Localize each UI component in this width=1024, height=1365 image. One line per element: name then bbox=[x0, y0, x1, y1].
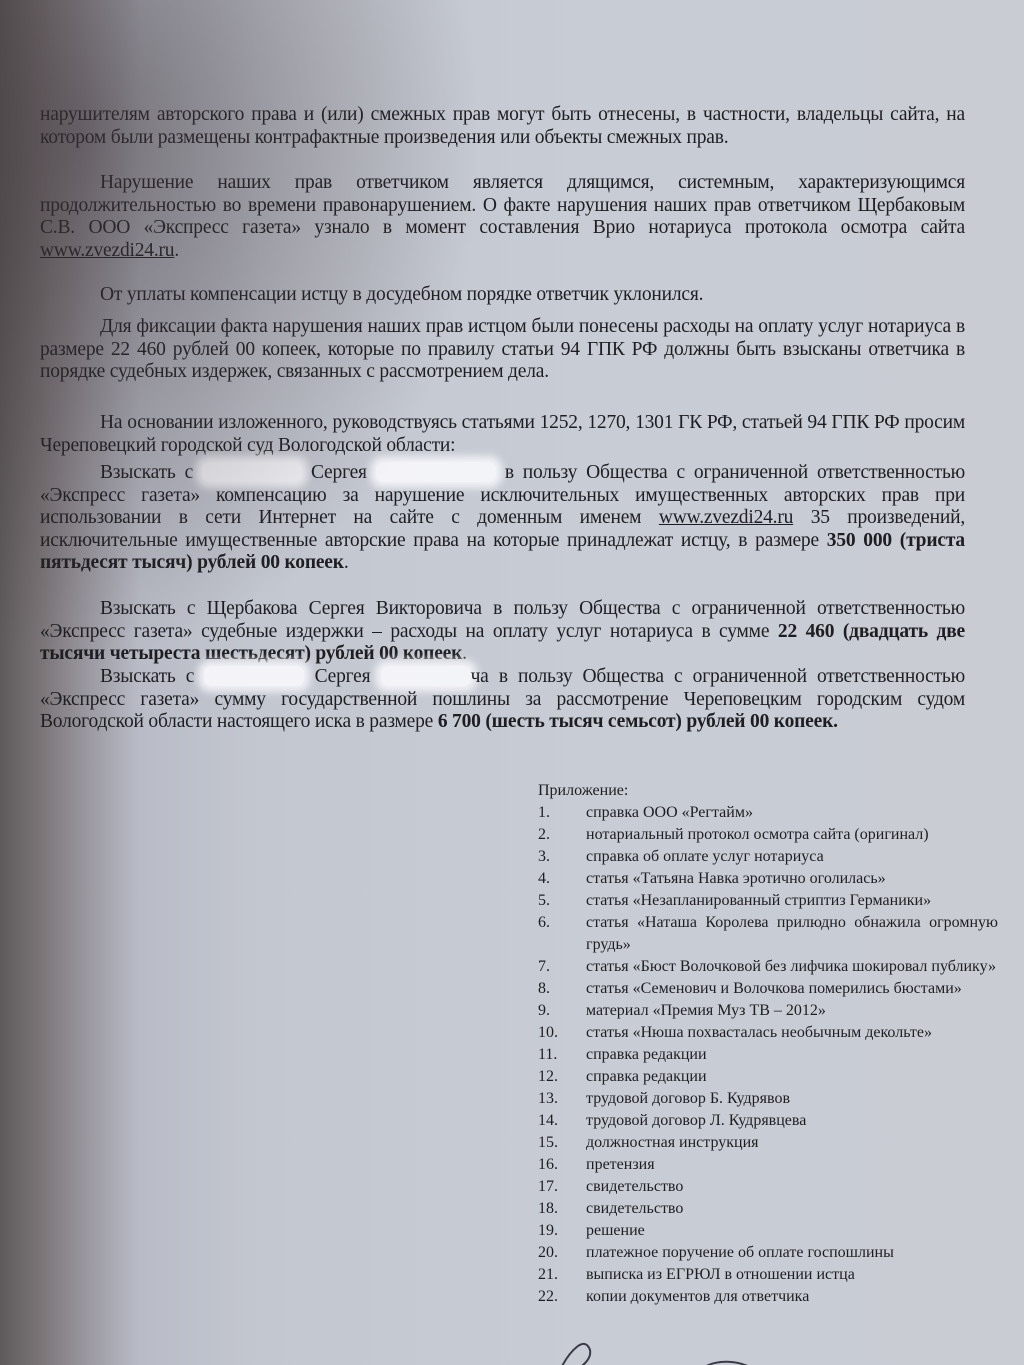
attachment-item: 13.трудовой договор Б. Кудрявов bbox=[528, 1088, 998, 1110]
website-link[interactable]: www.zvezdi24.ru bbox=[40, 240, 174, 261]
attachment-text: свидетельство bbox=[586, 1176, 998, 1198]
attachment-number: 4. bbox=[528, 868, 586, 890]
attachment-number: 21. bbox=[528, 1264, 586, 1286]
attachment-text: справка редакции bbox=[586, 1044, 998, 1066]
claim-name: Сергея bbox=[315, 666, 371, 687]
attachment-text: справка об оплате услуг нотариуса bbox=[586, 846, 998, 868]
attachment-item: 19.решение bbox=[528, 1220, 998, 1242]
attachment-text: решение bbox=[586, 1220, 998, 1242]
attachment-text: трудовой договор Л. Кудрявцева bbox=[586, 1110, 998, 1132]
attachment-item: 7.статья «Бюст Волочковой без лифчика шо… bbox=[528, 956, 998, 978]
attachment-text: выписка из ЕГРЮЛ в отношении истца bbox=[586, 1264, 998, 1286]
claim-compensation: Взыскать с Сергея в пользу Общества с ог… bbox=[40, 462, 965, 575]
attachment-item: 16.претензия bbox=[528, 1154, 998, 1176]
attachment-text: статья «Нюша похвасталась необычным деко… bbox=[586, 1022, 998, 1044]
claim-prefix: Взыскать с bbox=[100, 666, 194, 687]
attachment-item: 14.трудовой договор Л. Кудрявцева bbox=[528, 1110, 998, 1132]
paragraph-evasion: От уплаты компенсации истцу в досудебном… bbox=[40, 284, 965, 307]
paragraph-notary-costs: Для фиксации факта нарушения наших прав … bbox=[40, 316, 965, 384]
attachment-number: 22. bbox=[528, 1286, 586, 1308]
attachment-number: 6. bbox=[528, 912, 586, 956]
attachment-item: 10.статья «Нюша похвасталась необычным д… bbox=[528, 1022, 998, 1044]
punctuation: . bbox=[344, 552, 349, 573]
attachment-item: 15.должностная инструкция bbox=[528, 1132, 998, 1154]
attachment-number: 3. bbox=[528, 846, 586, 868]
paragraph-text: На основании изложенного, руководствуясь… bbox=[40, 412, 965, 456]
redacted-surname bbox=[202, 462, 302, 482]
paragraph-text: нарушителям авторского права и (или) сме… bbox=[40, 104, 965, 148]
attachment-text: статья «Бюст Волочковой без лифчика шоки… bbox=[586, 956, 998, 978]
document-page: нарушителям авторского права и (или) сме… bbox=[0, 0, 1024, 1365]
attachment-number: 18. bbox=[528, 1198, 586, 1220]
attachment-text: статья «Наташа Королева прилюдно обнажил… bbox=[586, 912, 998, 956]
attachment-number: 16. bbox=[528, 1154, 586, 1176]
attachment-number: 12. bbox=[528, 1066, 586, 1088]
attachments-list: Приложение: 1.справка ООО «Регтайм»2.нот… bbox=[528, 780, 998, 1308]
attachment-text: статья «Семенович и Волочкова померились… bbox=[586, 978, 998, 1000]
claim-state-fee: Взыскать с Сергея ча в пользу Общества с… bbox=[40, 666, 965, 734]
attachment-number: 14. bbox=[528, 1110, 586, 1132]
claim-amount: 6 700 (шесть тысяч семьсот) рублей 00 ко… bbox=[438, 711, 838, 732]
redacted-surname bbox=[204, 666, 304, 686]
attachment-text: нотариальный протокол осмотра сайта (ори… bbox=[586, 824, 998, 846]
punctuation: . bbox=[174, 240, 179, 261]
signature-mark bbox=[540, 1330, 840, 1365]
attachment-item: 3.справка об оплате услуг нотариуса bbox=[528, 846, 998, 868]
attachment-text: статья «Татьяна Навка эротично оголилась… bbox=[586, 868, 998, 890]
paragraph-text: От уплаты компенсации истцу в досудебном… bbox=[100, 284, 703, 305]
attachment-number: 13. bbox=[528, 1088, 586, 1110]
attachment-number: 5. bbox=[528, 890, 586, 912]
attachment-number: 20. bbox=[528, 1242, 586, 1264]
attachment-item: 6.статья «Наташа Королева прилюдно обнаж… bbox=[528, 912, 998, 956]
attachment-number: 9. bbox=[528, 1000, 586, 1022]
attachment-number: 10. bbox=[528, 1022, 586, 1044]
attachment-item: 9.материал «Премия Муз ТВ – 2012» bbox=[528, 1000, 998, 1022]
attachment-item: 18.свидетельство bbox=[528, 1198, 998, 1220]
paragraph-grounds: На основании изложенного, руководствуясь… bbox=[40, 412, 965, 457]
attachment-item: 5.статья «Незапланированный стриптиз Гер… bbox=[528, 890, 998, 912]
attachment-number: 15. bbox=[528, 1132, 586, 1154]
paragraph-infringers: нарушителям авторского права и (или) сме… bbox=[40, 104, 965, 149]
claim-notary-costs: Взыскать с Щербакова Сергея Викторовича … bbox=[40, 598, 965, 666]
paragraph-violation: Нарушение наших прав ответчиком является… bbox=[40, 172, 965, 262]
attachment-text: справка ООО «Регтайм» bbox=[586, 802, 998, 824]
attachment-item: 12.справка редакции bbox=[528, 1066, 998, 1088]
attachment-text: платежное поручение об оплате госпошлины bbox=[586, 1242, 998, 1264]
attachment-item: 11.справка редакции bbox=[528, 1044, 998, 1066]
attachment-number: 11. bbox=[528, 1044, 586, 1066]
attachment-number: 8. bbox=[528, 978, 586, 1000]
attachment-number: 1. bbox=[528, 802, 586, 824]
attachment-number: 2. bbox=[528, 824, 586, 846]
attachment-item: 4.статья «Татьяна Навка эротично оголила… bbox=[528, 868, 998, 890]
attachment-text: статья «Незапланированный стриптиз Герма… bbox=[586, 890, 998, 912]
claim-name: Сергея bbox=[311, 462, 367, 483]
paragraph-text: Нарушение наших прав ответчиком является… bbox=[40, 172, 965, 238]
attachment-item: 8.статья «Семенович и Волочкова померили… bbox=[528, 978, 998, 1000]
claim-name-suffix: ча bbox=[471, 666, 489, 687]
attachments-items: 1.справка ООО «Регтайм»2.нотариальный пр… bbox=[528, 802, 998, 1308]
claim-prefix: Взыскать с bbox=[100, 462, 193, 483]
attachment-text: справка редакции bbox=[586, 1066, 998, 1088]
attachment-text: трудовой договор Б. Кудрявов bbox=[586, 1088, 998, 1110]
attachment-text: должностная инструкция bbox=[586, 1132, 998, 1154]
punctuation: . bbox=[462, 643, 467, 664]
claim-prefix: Взыскать с Щербакова Сергея Викторовича bbox=[100, 598, 482, 619]
attachment-item: 2.нотариальный протокол осмотра сайта (о… bbox=[528, 824, 998, 846]
attachment-number: 7. bbox=[528, 956, 586, 978]
attachment-text: копии документов для ответчика bbox=[586, 1286, 998, 1308]
attachment-item: 17.свидетельство bbox=[528, 1176, 998, 1198]
attachment-text: свидетельство bbox=[586, 1198, 998, 1220]
paragraph-text: Для фиксации факта нарушения наших прав … bbox=[40, 316, 965, 382]
redacted-patronymic bbox=[381, 666, 471, 686]
attachment-item: 20.платежное поручение об оплате госпошл… bbox=[528, 1242, 998, 1264]
attachment-item: 22.копии документов для ответчика bbox=[528, 1286, 998, 1308]
attachment-text: материал «Премия Муз ТВ – 2012» bbox=[586, 1000, 998, 1022]
website-link[interactable]: www.zvezdi24.ru bbox=[659, 507, 793, 528]
attachment-text: претензия bbox=[586, 1154, 998, 1176]
attachment-item: 21.выписка из ЕГРЮЛ в отношении истца bbox=[528, 1264, 998, 1286]
attachment-item: 1.справка ООО «Регтайм» bbox=[528, 802, 998, 824]
attachments-title: Приложение: bbox=[538, 780, 998, 802]
attachment-number: 17. bbox=[528, 1176, 586, 1198]
attachment-number: 19. bbox=[528, 1220, 586, 1242]
redacted-patronymic bbox=[376, 462, 496, 482]
